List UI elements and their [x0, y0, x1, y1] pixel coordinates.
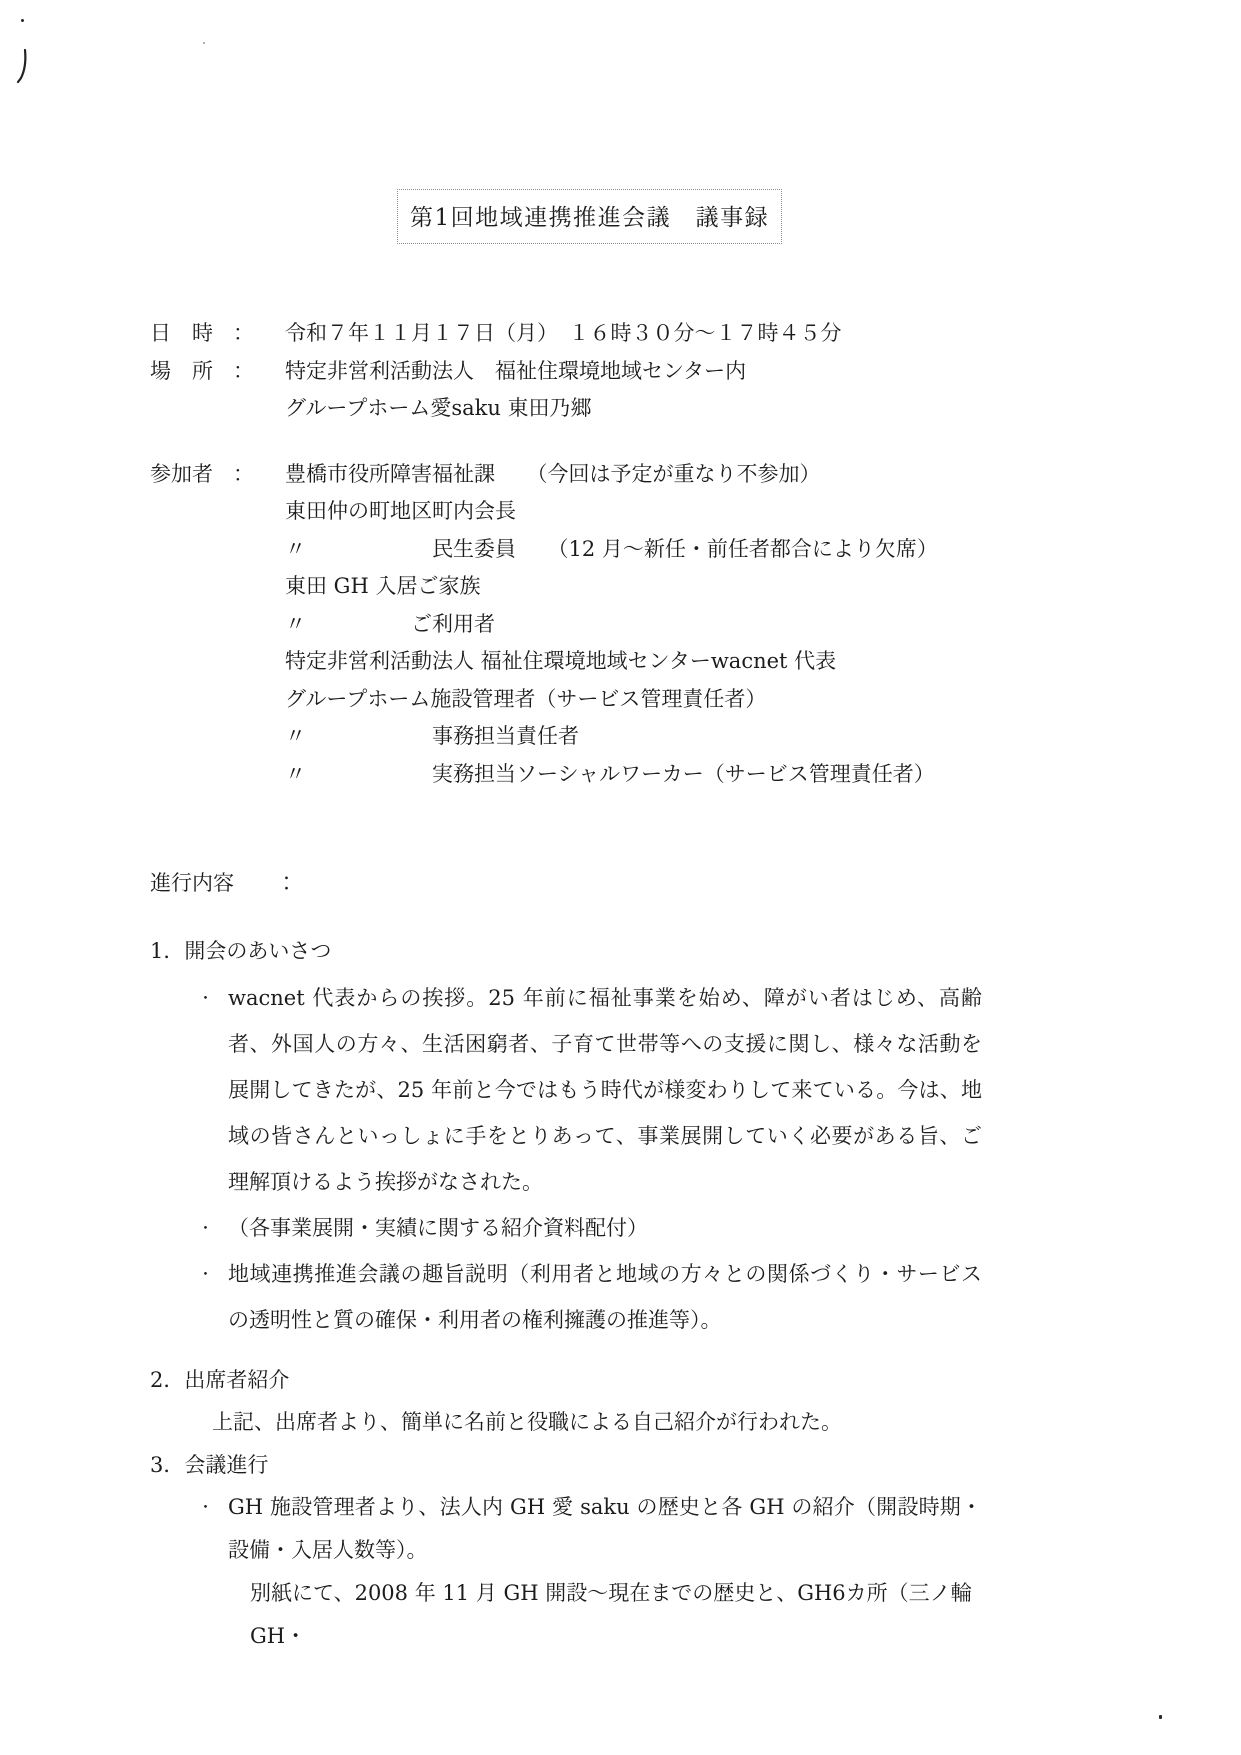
empty-colon-cell [233, 568, 285, 606]
empty-colon-cell [233, 606, 285, 644]
bullet-text: GH 施設管理者より、法人内 GH 愛 saku の歴史と各 GH の紹介（開設… [228, 1486, 982, 1572]
participant-entry: 東田仲の町地区町内会長 [285, 493, 982, 531]
participant-row: 参加者 ： 豊橋市役所障害福祉課 （今回は予定が重なり不参加） [150, 456, 982, 494]
participant-row: 〃 ご利用者 [150, 606, 982, 644]
empty-colon-cell [233, 531, 285, 569]
participant-entry: 〃 民生委員 （12 月～新任・前任者都合により欠席） [285, 531, 982, 569]
empty-label-cell [150, 531, 233, 569]
participants-colon: ： [233, 456, 285, 494]
datetime-value: 令和７年１１月１７日（月） １６時３０分～１７時４５分 [285, 315, 982, 353]
empty-label-cell [150, 643, 233, 681]
meta-row-datetime: 日 時 ： 令和７年１１月１７日（月） １６時３０分～１７時４５分 [150, 315, 982, 353]
empty-label-cell [150, 493, 233, 531]
bullet-text: （各事業展開・実績に関する紹介資料配付） [228, 1205, 982, 1251]
meta-row-place-cont: グループホーム愛saku 東田乃郷 [150, 390, 982, 428]
document-body: 日 時 ： 令和７年１１月１７日（月） １６時３０分～１７時４５分 場 所 ： … [150, 315, 982, 1658]
bullet-marker: ・ [198, 1251, 228, 1343]
scanned-document-page: 第1回地域連携推進会議 議事録 日 時 ： 令和７年１１月１７日（月） １６時３… [0, 0, 1241, 1755]
empty-label-cell [150, 390, 233, 428]
bullet-item: ・ （各事業展開・実績に関する紹介資料配付） [150, 1205, 982, 1251]
place-label: 場 所 [150, 353, 233, 391]
section3-title: 3．会議進行 [150, 1444, 982, 1486]
empty-label-cell [150, 681, 233, 719]
participant-row: 〃 事務担当責任者 [150, 718, 982, 756]
participant-entry: 〃 実務担当ソーシャルワーカー（サービス管理責任者） [285, 756, 982, 794]
participant-row: グループホーム施設管理者（サービス管理責任者） [150, 681, 982, 719]
scan-pen-stroke [13, 48, 31, 88]
bullet-text: 地域連携推進会議の趣旨説明（利用者と地域の方々との関係づくり・サービスの透明性と… [228, 1251, 982, 1343]
bullet-item: ・ GH 施設管理者より、法人内 GH 愛 saku の歴史と各 GH の紹介（… [150, 1486, 982, 1572]
participant-entry: 〃 ご利用者 [285, 606, 982, 644]
participant-row: 〃 実務担当ソーシャルワーカー（サービス管理責任者） [150, 756, 982, 794]
bullet-text: wacnet 代表からの挨拶。25 年前に福祉事業を始め、障がい者はじめ、高齢者… [228, 975, 982, 1205]
place-colon: ： [233, 353, 285, 391]
bullet-marker: ・ [198, 975, 228, 1205]
scan-speck [1159, 1715, 1162, 1719]
meta-row-place: 場 所 ： 特定非営利活動法人 福祉住環境地域センター内 [150, 353, 982, 391]
participant-row: 東田仲の町地区町内会長 [150, 493, 982, 531]
bullet-item: ・ wacnet 代表からの挨拶。25 年前に福祉事業を始め、障がい者はじめ、高… [150, 975, 982, 1205]
empty-label-cell [150, 756, 233, 794]
scan-speck [21, 19, 24, 22]
place-value-line1: 特定非営利活動法人 福祉住環境地域センター内 [285, 353, 982, 391]
empty-label-cell [150, 606, 233, 644]
participant-row: 東田 GH 入居ご家族 [150, 568, 982, 606]
participant-row: 特定非営利活動法人 福祉住環境地域センターwacnet 代表 [150, 643, 982, 681]
empty-colon-cell [233, 681, 285, 719]
section2-title: 2．出席者紹介 [150, 1359, 982, 1401]
datetime-label: 日 時 [150, 315, 233, 353]
participant-entry: 東田 GH 入居ご家族 [285, 568, 982, 606]
empty-colon-cell [233, 718, 285, 756]
empty-colon-cell [233, 756, 285, 794]
participant-entry: 特定非営利活動法人 福祉住環境地域センターwacnet 代表 [285, 643, 982, 681]
participant-row: 〃 民生委員 （12 月～新任・前任者都合により欠席） [150, 531, 982, 569]
participant-entry: グループホーム施設管理者（サービス管理責任者） [285, 681, 982, 719]
participant-entry: 〃 事務担当責任者 [285, 718, 982, 756]
bullet-marker: ・ [198, 1486, 228, 1572]
empty-colon-cell [233, 643, 285, 681]
empty-label-cell [150, 568, 233, 606]
empty-colon-cell [233, 493, 285, 531]
participants-label: 参加者 [150, 456, 233, 494]
datetime-colon: ： [233, 315, 285, 353]
agenda-heading: 進行内容 ： [150, 864, 982, 902]
bullet-marker: ・ [198, 1205, 228, 1251]
scan-speck [203, 42, 205, 44]
document-title: 第1回地域連携推進会議 議事録 [397, 189, 782, 244]
empty-colon-cell [233, 390, 285, 428]
participant-entry: 豊橋市役所障害福祉課 （今回は予定が重なり不参加） [285, 456, 982, 494]
participants-block: 参加者 ： 豊橋市役所障害福祉課 （今回は予定が重なり不参加） 東田仲の町地区町… [150, 456, 982, 794]
section3-continuation: 別紙にて、2008 年 11 月 GH 開設～現在までの歴史と、GH6カ所（三ノ… [250, 1572, 982, 1658]
empty-label-cell [150, 718, 233, 756]
bullet-item: ・ 地域連携推進会議の趣旨説明（利用者と地域の方々との関係づくり・サービスの透明… [150, 1251, 982, 1343]
section2-body: 上記、出席者より、簡単に名前と役職による自己紹介が行われた。 [212, 1401, 982, 1444]
section1-bullets: ・ wacnet 代表からの挨拶。25 年前に福祉事業を始め、障がい者はじめ、高… [150, 975, 982, 1343]
section1-title: 1．開会のあいさつ [150, 930, 982, 972]
place-value-line2: グループホーム愛saku 東田乃郷 [285, 390, 982, 428]
